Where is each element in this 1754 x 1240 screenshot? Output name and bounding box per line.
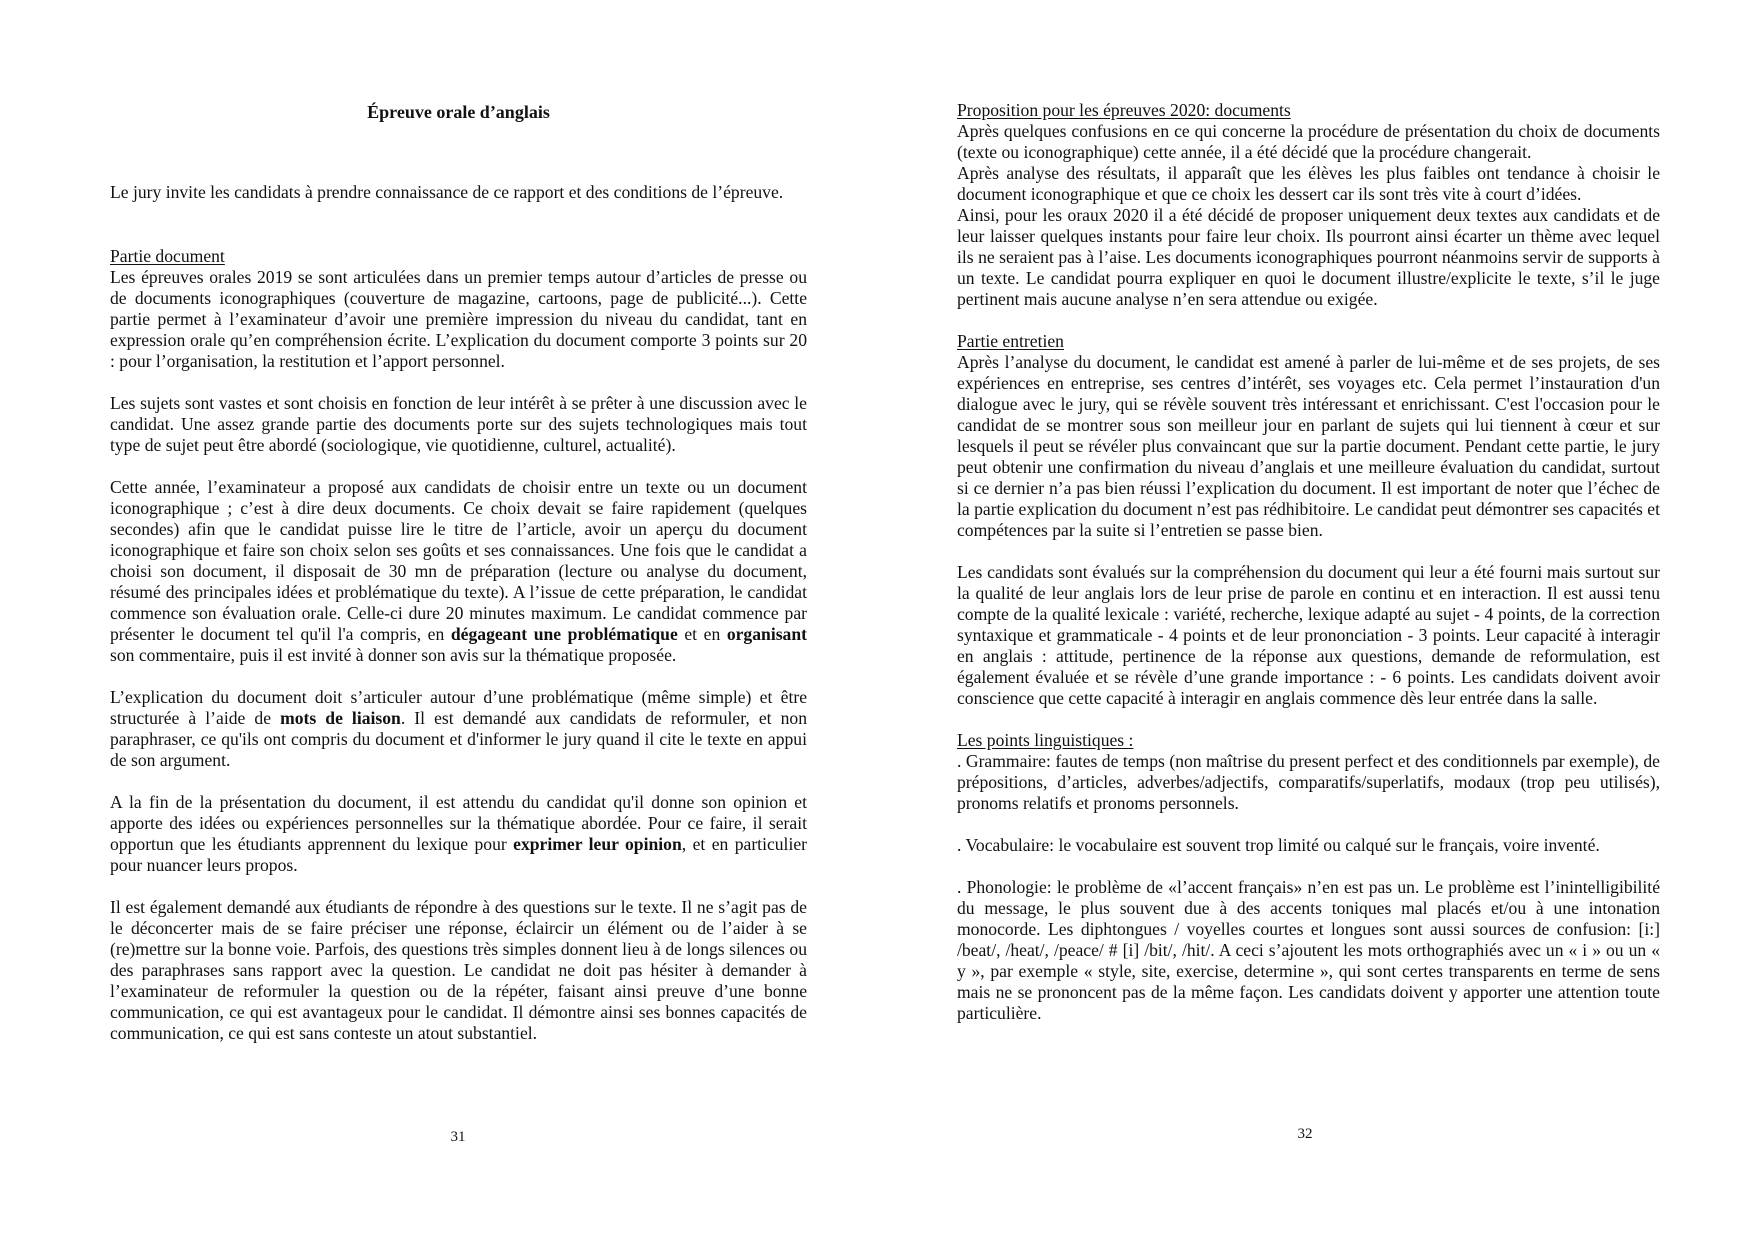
phonologie-paragraph: . Phonologie: le problème de «l’accent f… <box>957 877 1660 1024</box>
proposition-paragraph-2: Après analyse des résultats, il apparaît… <box>957 163 1660 205</box>
proposition-paragraph-1: Après quelques confusions en ce qui conc… <box>957 121 1660 163</box>
page-number: 32 <box>1275 1125 1335 1143</box>
left-column: Le jury invite les candidats à prendre c… <box>110 182 807 1044</box>
page-number: 31 <box>428 1128 488 1146</box>
entretien-paragraph-2: Les candidats sont évalués sur la compré… <box>957 562 1660 709</box>
document-paragraph-3: Cette année, l’examinateur a proposé aux… <box>110 477 807 666</box>
document-paragraph-4: L’explication du document doit s’articul… <box>110 687 807 771</box>
bold-phrase: mots de liaison <box>280 708 401 728</box>
bold-phrase: organisant <box>727 624 807 644</box>
document-paragraph-6: Il est également demandé aux étudiants d… <box>110 897 807 1044</box>
intro-paragraph: Le jury invite les candidats à prendre c… <box>110 182 807 203</box>
bold-phrase: dégageant une problématique <box>451 624 678 644</box>
grammaire-paragraph: . Grammaire: fautes de temps (non maîtri… <box>957 751 1660 814</box>
right-column: Proposition pour les épreuves 2020: docu… <box>957 100 1660 1024</box>
vocabulaire-paragraph: . Vocabulaire: le vocabulaire est souven… <box>957 835 1660 856</box>
text-span: et en <box>678 624 727 644</box>
text-span: Cette année, l’examinateur a proposé aux… <box>110 477 807 644</box>
document-title: Épreuve orale d’anglais <box>110 102 807 123</box>
page-31: Épreuve orale d’anglais Le jury invite l… <box>0 0 877 1240</box>
document-paragraph-1: Les épreuves orales 2019 se sont articul… <box>110 267 807 372</box>
text-span: son commentaire, puis il est invité à do… <box>110 645 676 665</box>
proposition-paragraph-3: Ainsi, pour les oraux 2020 il a été déci… <box>957 205 1660 310</box>
section-heading-points-linguistiques: Les points linguistiques : <box>957 730 1660 751</box>
entretien-paragraph-1: Après l’analyse du document, le candidat… <box>957 352 1660 541</box>
bold-phrase: exprimer leur opinion <box>513 834 682 854</box>
section-heading-partie-entretien: Partie entretien <box>957 331 1660 352</box>
document-paragraph-2: Les sujets sont vastes et sont choisis e… <box>110 393 807 456</box>
document-paragraph-5: A la fin de la présentation du document,… <box>110 792 807 876</box>
page-32: Proposition pour les épreuves 2020: docu… <box>877 0 1754 1240</box>
section-heading-proposition: Proposition pour les épreuves 2020: docu… <box>957 100 1660 121</box>
section-heading-partie-document: Partie document <box>110 246 807 267</box>
